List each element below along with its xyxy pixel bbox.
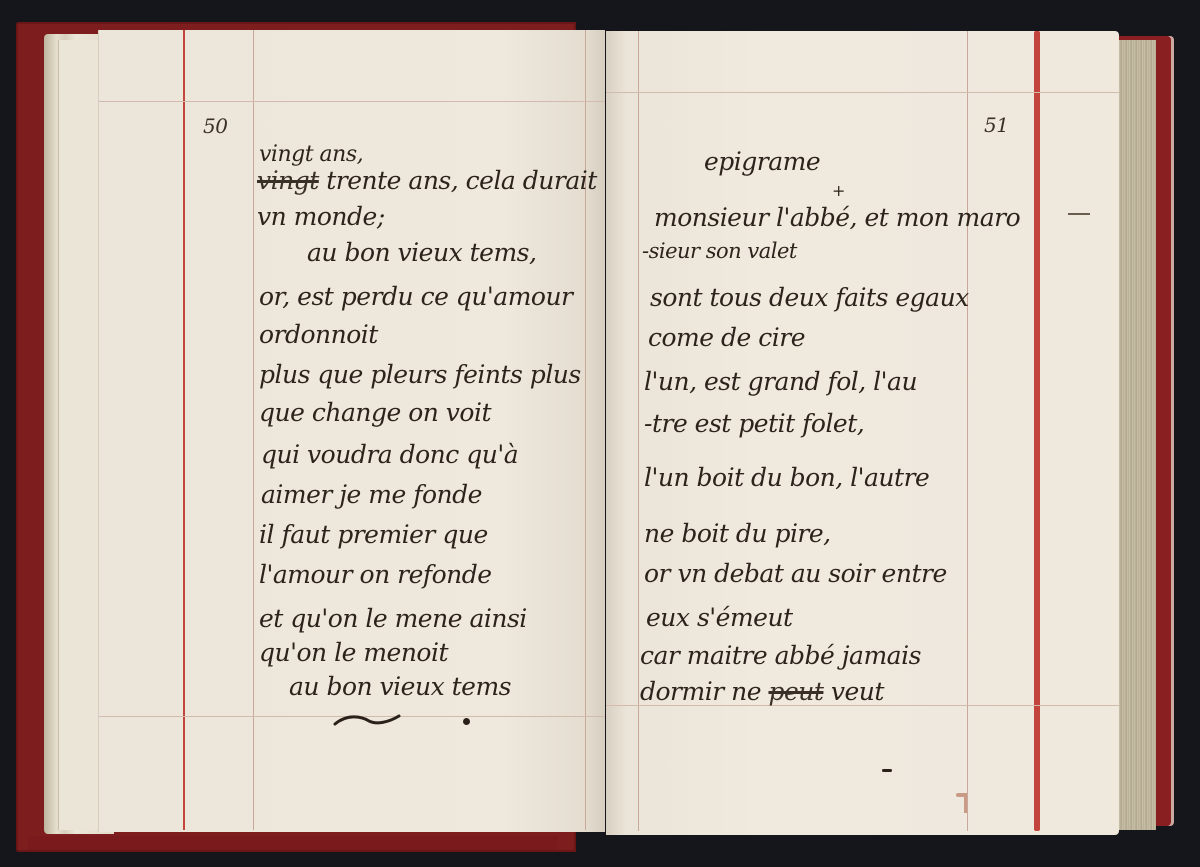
header-rule — [606, 92, 1119, 93]
right-page: 51 epigrame monsieur l'abbé, et mon maro… — [606, 31, 1119, 835]
text-line: qui voudra donc qu'à — [261, 440, 518, 469]
text-line-content: trente ans, cela durait — [326, 166, 597, 195]
correction-word: veut — [831, 677, 884, 706]
page-number: 51 — [984, 113, 1008, 137]
red-ink-mark — [964, 793, 967, 813]
poem-title: epigrame — [704, 147, 820, 176]
text-line: vingt ans, — [259, 142, 363, 167]
text-line: -tre est petit folet, — [644, 409, 864, 438]
text-line: il faut premier que — [259, 520, 488, 549]
text-line: ne boit du pire, — [644, 519, 831, 548]
left-page: 50 vingt ans, vingt trente ans, cela dur… — [98, 30, 605, 832]
text-line: or vn debat au soir entre — [644, 559, 947, 588]
text-line: et qu'on le mene ainsi — [259, 604, 527, 633]
text-line-content: monsieur l'abbé, et mon maro — [654, 203, 1020, 232]
ink-dot — [463, 718, 470, 725]
vertical-rule — [967, 31, 968, 831]
insertion-mark: + — [832, 181, 845, 200]
text-line: que change on voit — [259, 398, 491, 427]
struck-word: vingt — [257, 166, 319, 195]
text-line: car maitre abbé jamais — [640, 641, 921, 670]
text-line: come de cire — [648, 323, 805, 352]
ink-blot — [882, 769, 892, 772]
book-cover-bottom-edge — [28, 836, 558, 850]
vertical-rule — [638, 31, 639, 831]
red-margin-rule — [1034, 31, 1040, 831]
text-line: qu'on le menoit — [259, 638, 448, 667]
text-line: monsieur l'abbé, et mon maro — [654, 203, 1020, 232]
text-line-content: dormir ne — [640, 677, 761, 706]
page-number: 50 — [203, 114, 227, 138]
vertical-rule — [253, 30, 254, 830]
struck-word: peut — [768, 677, 823, 706]
text-line: l'un, est grand fol, l'au — [644, 367, 917, 396]
header-rule — [99, 101, 605, 102]
stray-ink-stroke — [1068, 213, 1090, 215]
vertical-rule — [585, 30, 586, 830]
text-line: -sieur son valet — [642, 239, 797, 263]
text-line: ordonnoit — [259, 320, 378, 349]
tilde-flourish-icon — [333, 712, 403, 728]
text-line: dormir ne peut veut — [640, 677, 884, 706]
text-line: plus que pleurs feints plus — [259, 360, 581, 389]
text-line: au bon vieux tems, — [307, 238, 536, 267]
text-line: eux s'émeut — [646, 603, 793, 632]
text-line: l'amour on refonde — [259, 560, 492, 589]
red-margin-rule — [183, 30, 185, 830]
text-line: aimer je me fonde — [261, 480, 482, 509]
text-line: vingt trente ans, cela durait — [257, 166, 597, 195]
page-stack-right — [1118, 40, 1156, 830]
text-line: vn monde; — [257, 202, 385, 231]
text-line: or, est perdu ce qu'amour — [259, 282, 573, 311]
text-line: l'un boit du bon, l'autre — [644, 463, 929, 492]
text-line: sont tous deux faits egaux — [650, 283, 969, 312]
text-line: au bon vieux tems — [289, 672, 511, 701]
